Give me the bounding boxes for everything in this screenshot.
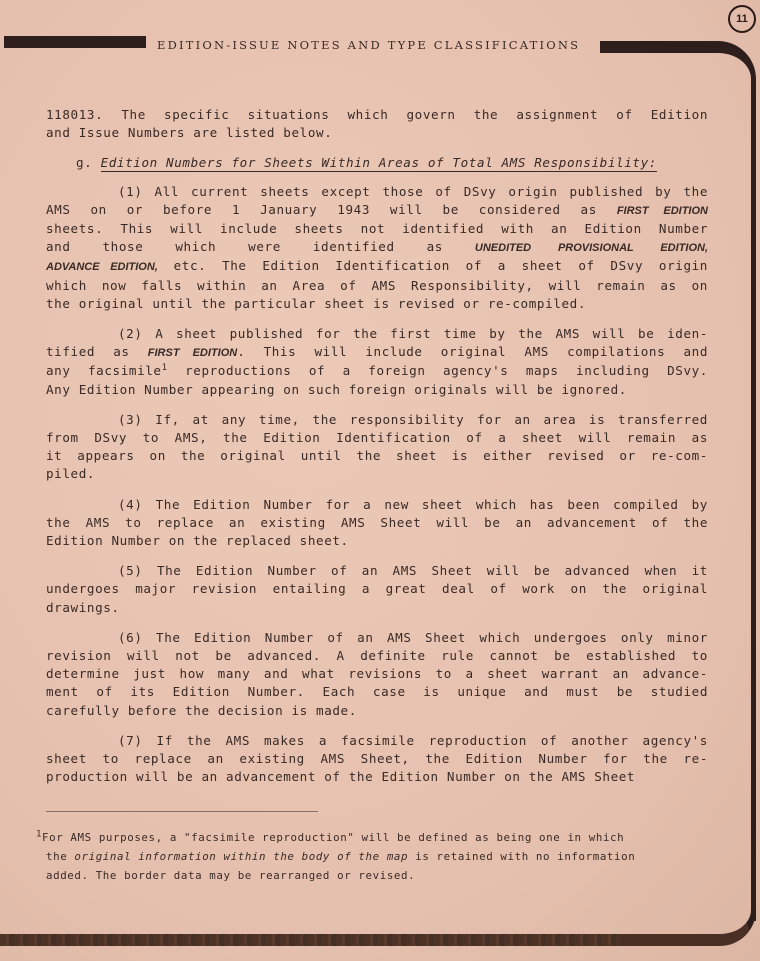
page-number: 11 xyxy=(728,5,756,33)
item-line: ADVANCE EDITION, etc. The Edition Identi… xyxy=(46,257,708,276)
text-run: reproductions of a foreign agency's maps… xyxy=(168,363,708,378)
item-line: tified as FIRST EDITION. This will inclu… xyxy=(46,343,708,362)
intro-paragraph: 118013. The specific situations which go… xyxy=(46,106,708,142)
text-run: (7) If the AMS makes a facsimile reprodu… xyxy=(118,733,708,748)
edition-term: FIRST EDITION xyxy=(617,205,708,217)
item-line: revision will not be advanced. A definit… xyxy=(46,647,708,665)
intro-line: 118013. The specific situations which go… xyxy=(46,106,708,124)
item-line: ment of its Edition Number. Each case is… xyxy=(46,683,708,701)
text-run: added. The border data may be rearranged… xyxy=(46,869,415,882)
text-run: Any Edition Number appearing on such for… xyxy=(46,382,627,397)
text-run: which now falls within an Area of AMS Re… xyxy=(46,278,708,293)
edition-term: UNEDITED PROVISIONAL EDITION, xyxy=(475,242,708,254)
intro-line: and Issue Numbers are listed below. xyxy=(46,124,708,142)
item-line: Any Edition Number appearing on such for… xyxy=(46,381,708,399)
text-run: (5) The Edition Number of an AMS Sheet w… xyxy=(118,563,708,578)
text-run: (4) The Edition Number for a new sheet w… xyxy=(118,497,708,512)
item-line: sheets. This will include sheets not ide… xyxy=(46,220,708,238)
item-paragraph: (5) The Edition Number of an AMS Sheet w… xyxy=(46,562,708,617)
item-line: piled. xyxy=(46,465,708,483)
text-run: determine just how many and what revisio… xyxy=(46,666,708,681)
section-heading: g. Edition Numbers for Sheets Within Are… xyxy=(46,154,708,172)
text-run: AMS on or before 1 January 1943 will be … xyxy=(46,202,617,217)
item-line: AMS on or before 1 January 1943 will be … xyxy=(46,201,708,220)
item-line: any facsimile1 reproductions of a foreig… xyxy=(46,362,708,380)
text-run: (2) A sheet published for the first time… xyxy=(118,326,708,341)
text-run: (6) The Edition Number of an AMS Sheet w… xyxy=(118,630,708,645)
text-run: . This will include original AMS compila… xyxy=(237,344,708,359)
edition-term: ADVANCE EDITION, xyxy=(46,261,158,273)
footnote-line: added. The border data may be rearranged… xyxy=(36,866,700,885)
text-run: it appears on the original until the she… xyxy=(46,448,708,463)
footnote: 1For AMS purposes, a "facsimile reproduc… xyxy=(36,828,700,885)
text-run: and those which were identified as xyxy=(46,239,475,254)
item-paragraph: (3) If, at any time, the responsibility … xyxy=(46,411,708,484)
footnote-divider xyxy=(46,811,318,812)
item-line: (7) If the AMS makes a facsimile reprodu… xyxy=(46,732,708,750)
text-run: piled. xyxy=(46,466,95,481)
text-run: the xyxy=(46,850,74,863)
item-line: which now falls within an Area of AMS Re… xyxy=(46,277,708,295)
item-line: (2) A sheet published for the first time… xyxy=(46,325,708,343)
running-header-title: EDITION-ISSUE NOTES AND TYPE CLASSIFICAT… xyxy=(157,38,580,52)
text-run: the AMS to replace an existing AMS Sheet… xyxy=(46,515,708,530)
body-text: 118013. The specific situations which go… xyxy=(46,106,708,787)
item-paragraph: (2) A sheet published for the first time… xyxy=(46,325,708,399)
text-run: the original until the particular sheet … xyxy=(46,296,586,311)
text-run: ment of its Edition Number. Each case is… xyxy=(46,684,708,699)
text-run: original information within the body of … xyxy=(74,850,408,863)
text-run: Edition Number on the replaced sheet. xyxy=(46,533,349,548)
item-line: sheet to replace an existing AMS Sheet, … xyxy=(46,750,708,768)
page-frame-bottom-corner xyxy=(600,880,756,946)
item-line: from DSvy to AMS, the Edition Identifica… xyxy=(46,429,708,447)
edition-term: FIRST EDITION xyxy=(148,347,237,359)
text-run: sheet to replace an existing AMS Sheet, … xyxy=(46,751,708,766)
text-run: (3) If, at any time, the responsibility … xyxy=(118,412,708,427)
item-line: (3) If, at any time, the responsibility … xyxy=(46,411,708,429)
item-paragraph: (7) If the AMS makes a facsimile reprodu… xyxy=(46,732,708,787)
item-line: the AMS to replace an existing AMS Sheet… xyxy=(46,514,708,532)
text-run: from DSvy to AMS, the Edition Identifica… xyxy=(46,430,708,445)
item-line: (6) The Edition Number of an AMS Sheet w… xyxy=(46,629,708,647)
item-line: (4) The Edition Number for a new sheet w… xyxy=(46,496,708,514)
header-rule-left xyxy=(4,36,146,48)
section-label: g. xyxy=(76,155,92,170)
text-run: carefully before the decision is made. xyxy=(46,703,357,718)
item-paragraph: (1) All current sheets except those of D… xyxy=(46,183,708,313)
text-run: is retained with no information xyxy=(408,850,635,863)
section-heading-text: Edition Numbers for Sheets Within Areas … xyxy=(101,155,657,172)
text-run: any facsimile xyxy=(46,363,162,378)
item-line: undergoes major revision entailing a gre… xyxy=(46,580,708,598)
item-line: (1) All current sheets except those of D… xyxy=(46,183,708,201)
text-run: production will be an advancement of the… xyxy=(46,769,635,784)
text-run: etc. The Edition Identification of a she… xyxy=(158,258,708,273)
item-line: (5) The Edition Number of an AMS Sheet w… xyxy=(46,562,708,580)
item-line: determine just how many and what revisio… xyxy=(46,665,708,683)
text-run: undergoes major revision entailing a gre… xyxy=(46,581,708,596)
item-paragraph: (4) The Edition Number for a new sheet w… xyxy=(46,496,708,551)
item-line: drawings. xyxy=(46,599,708,617)
items-list: (1) All current sheets except those of D… xyxy=(46,173,708,787)
text-run: tified as xyxy=(46,344,148,359)
item-line: and those which were identified as UNEDI… xyxy=(46,238,708,257)
item-paragraph: (6) The Edition Number of an AMS Sheet w… xyxy=(46,629,708,720)
item-line: Edition Number on the replaced sheet. xyxy=(46,532,708,550)
item-line: carefully before the decision is made. xyxy=(46,702,708,720)
item-line: production will be an advancement of the… xyxy=(46,768,708,786)
item-line: the original until the particular sheet … xyxy=(46,295,708,313)
page-frame-bottom xyxy=(0,934,620,946)
text-run: drawings. xyxy=(46,600,120,615)
text-run: sheets. This will include sheets not ide… xyxy=(46,221,708,236)
text-run: revision will not be advanced. A definit… xyxy=(46,648,708,663)
item-line: it appears on the original until the she… xyxy=(46,447,708,465)
footnote-line: the original information within the body… xyxy=(36,847,700,866)
footnote-line: 1For AMS purposes, a "facsimile reproduc… xyxy=(36,828,700,847)
text-run: For AMS purposes, a "facsimile reproduct… xyxy=(42,831,624,844)
text-run: (1) All current sheets except those of D… xyxy=(118,184,708,199)
